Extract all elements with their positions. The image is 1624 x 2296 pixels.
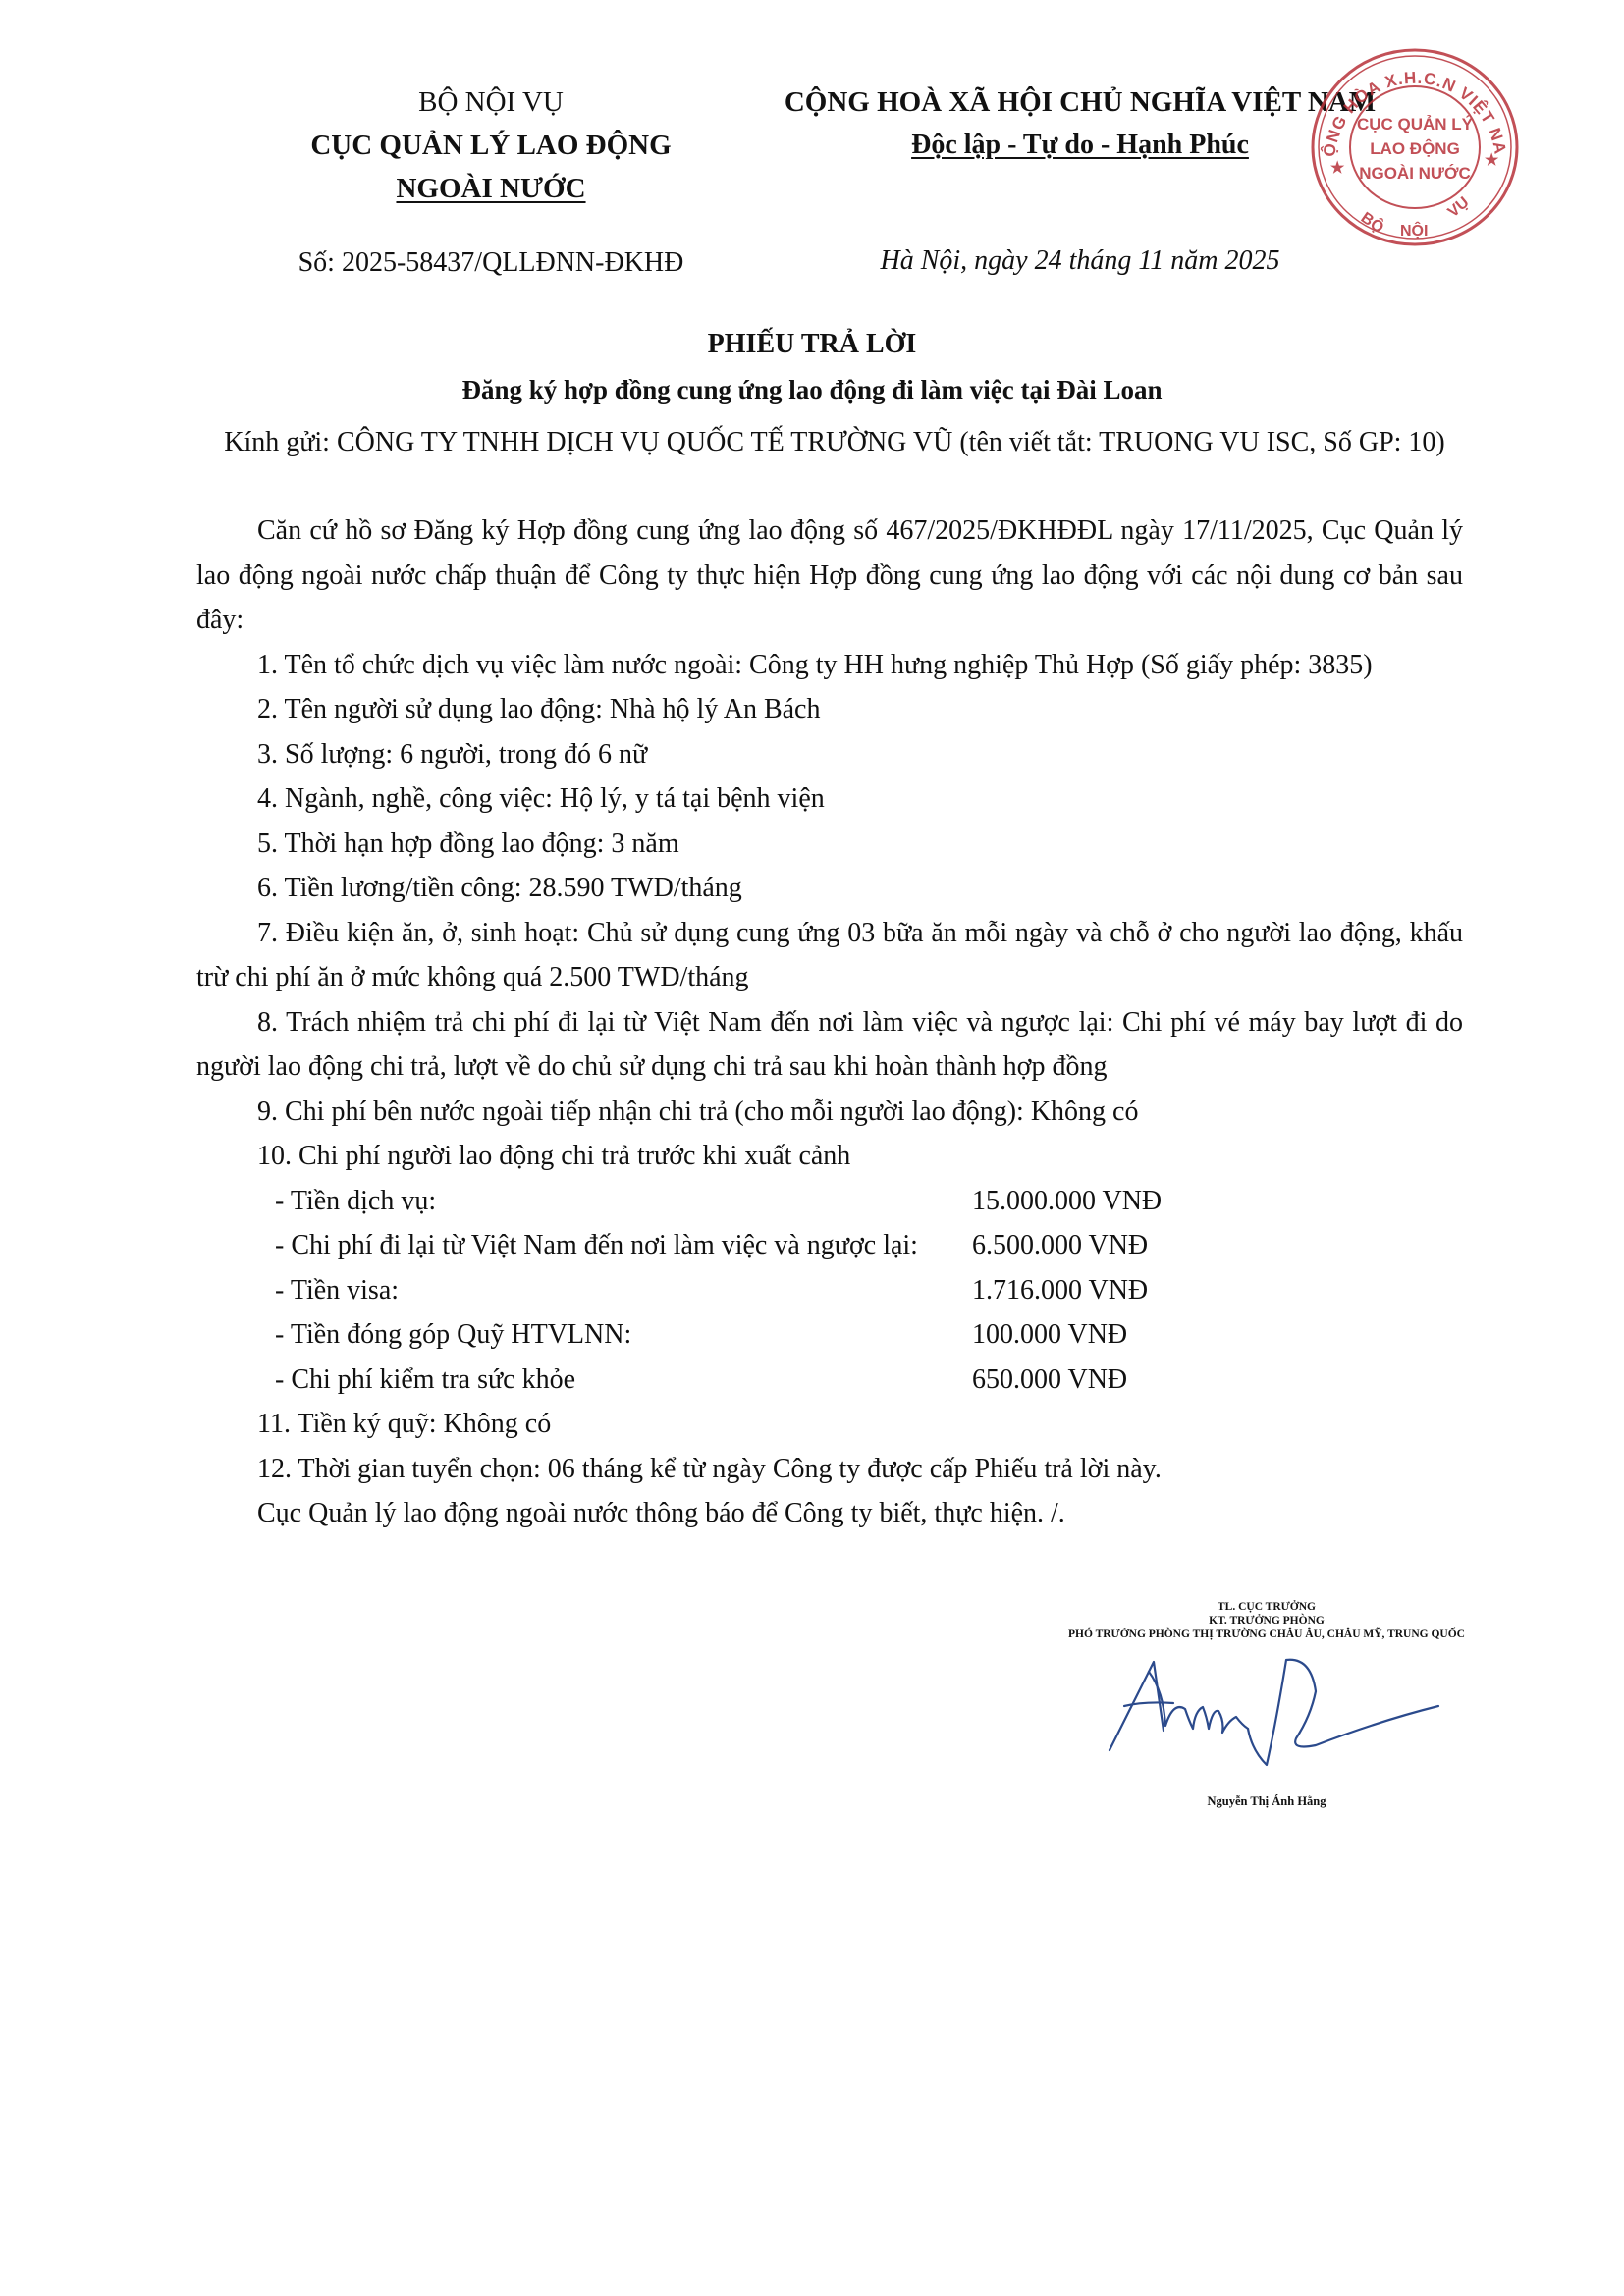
country-name: CỘNG HOÀ XÃ HỘI CHỦ NGHĨA VIỆT NAM [766,80,1394,124]
document-number: Số: 2025-58437/QLLĐNN-ĐKHĐ [245,247,736,279]
stamp-center-line1: CỤC QUẢN LÝ [1357,115,1474,133]
item-2: 2. Tên người sử dụng lao động: Nhà hộ lý… [196,687,1463,732]
fee-row: - Tiền đóng góp Quỹ HTVLNN: 100.000 VNĐ [196,1312,1463,1358]
official-stamp-icon: CỘNG HÒA X.H.C.N VIỆT NAM CỤC QUẢN LÝ LA… [1306,43,1524,247]
item-7: 7. Điều kiện ăn, ở, sinh hoạt: Chủ sử dụ… [196,911,1463,1000]
item-9: 9. Chi phí bên nước ngoài tiếp nhận chi … [196,1090,1463,1135]
fee-value: 650.000 VNĐ [972,1358,1127,1403]
recipient-line: Kính gửi: CÔNG TY TNHH DỊCH VỤ QUỐC TẾ T… [206,420,1463,465]
fee-label: - Chi phí kiểm tra sức khỏe [196,1358,972,1403]
fee-table: - Tiền dịch vụ: 15.000.000 VNĐ - Chi phí… [196,1179,1463,1403]
signature-title-line3: PHÓ TRƯỞNG PHÒNG THỊ TRƯỜNG CHÂU ÂU, CHÂ… [1021,1628,1512,1641]
item-6: 6. Tiền lương/tiền công: 28.590 TWD/thán… [196,866,1463,911]
fee-row: - Tiền visa: 1.716.000 VNĐ [196,1268,1463,1313]
signer-name: Nguyễn Thị Ánh Hằng [1021,1794,1512,1809]
item-3: 3. Số lượng: 6 người, trong đó 6 nữ [196,732,1463,777]
ministry-name: BỘ NỘI VỤ [245,80,736,124]
item-1: 1. Tên tổ chức dịch vụ việc làm nước ngo… [196,643,1463,688]
national-motto: Độc lập - Tự do - Hạnh Phúc [911,130,1249,160]
document-body: Căn cứ hồ sơ Đăng ký Hợp đồng cung ứng l… [196,508,1463,1536]
fee-label: - Chi phí đi lại từ Việt Nam đến nơi làm… [196,1223,972,1268]
department-name-line2: NGOÀI NƯỚC [396,173,585,204]
document-title: PHIẾU TRẢ LỜI [0,329,1624,360]
fee-value: 100.000 VNĐ [972,1312,1127,1358]
stamp-center-line3: NGOÀI NƯỚC [1359,164,1471,183]
stamp-star-left-icon: ★ [1330,160,1345,177]
fee-row: - Tiền dịch vụ: 15.000.000 VNĐ [196,1179,1463,1224]
fee-label: - Tiền dịch vụ: [196,1179,972,1224]
fee-label: - Tiền đóng góp Quỹ HTVLNN: [196,1312,972,1358]
issuing-agency-block: BỘ NỘI VỤ CỤC QUẢN LÝ LAO ĐỘNG NGOÀI NƯỚ… [245,80,736,210]
item-11: 11. Tiền ký quỹ: Không có [196,1402,1463,1447]
signature-title-line2: KT. TRƯỞNG PHÒNG [1021,1614,1512,1628]
department-name-line1: CỤC QUẢN LÝ LAO ĐỘNG [245,124,736,167]
item-10: 10. Chi phí người lao động chi trả trước… [196,1134,1463,1179]
stamp-star-right-icon: ★ [1485,152,1499,169]
fee-row: - Chi phí đi lại từ Việt Nam đến nơi làm… [196,1223,1463,1268]
document-subtitle: Đăng ký hợp đồng cung ứng lao động đi là… [0,375,1624,405]
stamp-center-line2: LAO ĐỘNG [1370,139,1460,158]
closing-statement: Cục Quản lý lao động ngoài nước thông bá… [196,1491,1463,1536]
fee-row: - Chi phí kiểm tra sức khỏe 650.000 VNĐ [196,1358,1463,1403]
stamp-bottom-word2: NỘI [1400,221,1428,240]
item-8: 8. Trách nhiệm trả chi phí đi lại từ Việ… [196,1000,1463,1090]
signature-title-line1: TL. CỤC TRƯỞNG [1021,1600,1512,1614]
item-5: 5. Thời hạn hợp đồng lao động: 3 năm [196,822,1463,867]
fee-label: - Tiền visa: [196,1268,972,1313]
stamp-bottom-word1: BỘ [1358,208,1388,237]
fee-value: 15.000.000 VNĐ [972,1179,1162,1224]
signature-title-block: TL. CỤC TRƯỞNG KT. TRƯỞNG PHÒNG PHÓ TRƯỞ… [1021,1600,1512,1641]
handwritten-signature-icon [1105,1652,1458,1780]
item-12: 12. Thời gian tuyển chọn: 06 tháng kể từ… [196,1447,1463,1492]
fee-value: 1.716.000 VNĐ [972,1268,1148,1313]
national-header-block: CỘNG HOÀ XÃ HỘI CHỦ NGHĨA VIỆT NAM Độc l… [766,80,1394,167]
item-4: 4. Ngành, nghề, công việc: Hộ lý, y tá t… [196,776,1463,822]
fee-value: 6.500.000 VNĐ [972,1223,1148,1268]
place-and-date: Hà Nội, ngày 24 tháng 11 năm 2025 [766,245,1394,277]
intro-paragraph: Căn cứ hồ sơ Đăng ký Hợp đồng cung ứng l… [196,508,1463,643]
